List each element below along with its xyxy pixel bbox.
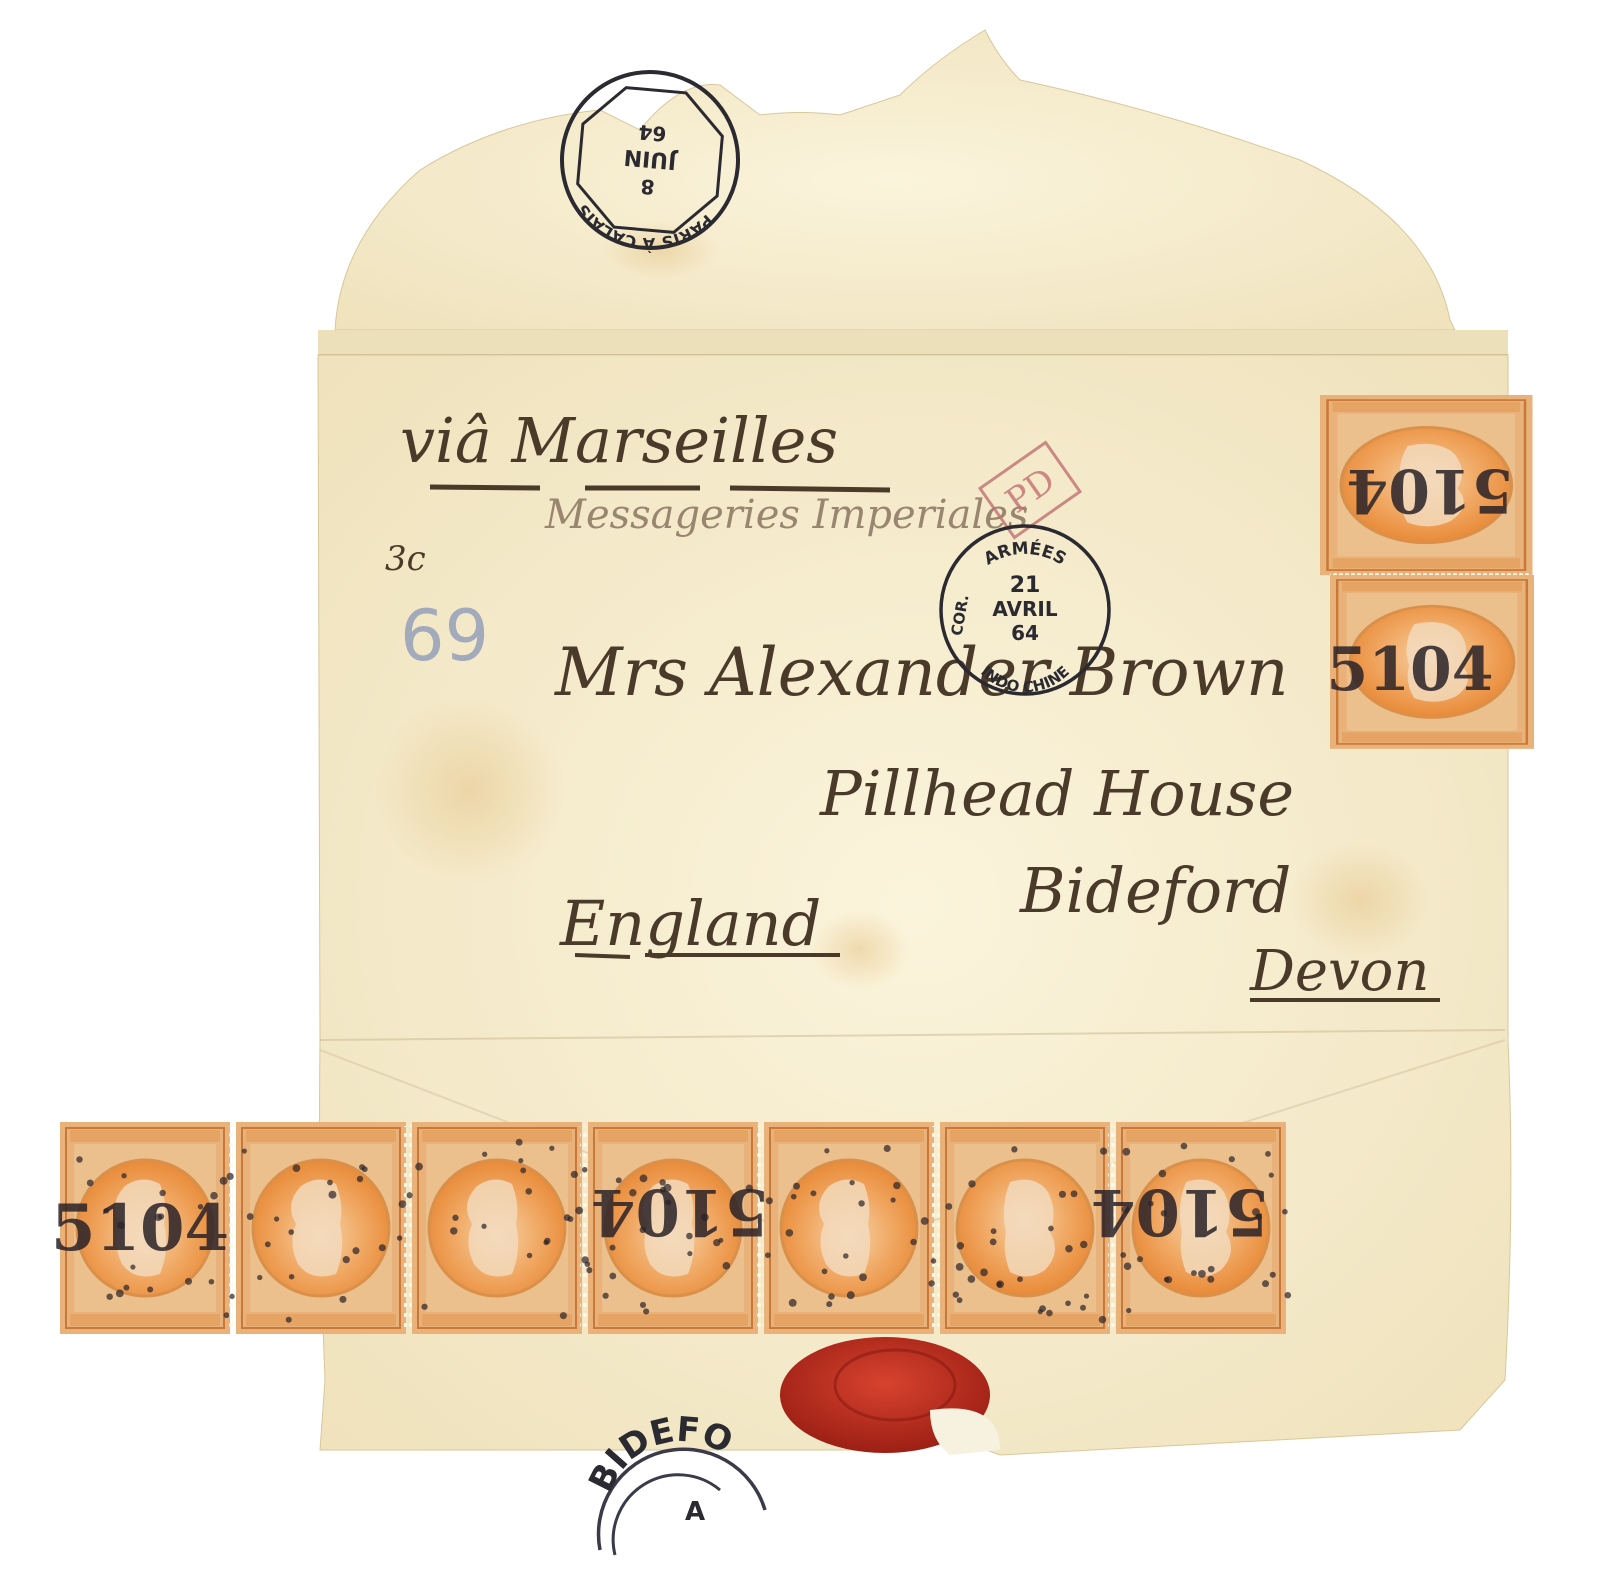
svg-text:AVRIL: AVRIL bbox=[992, 597, 1057, 621]
addressee-name: Mrs Alexander Brown bbox=[554, 634, 1289, 711]
cancel-numeral: 5104 bbox=[591, 1174, 769, 1249]
envelope-flap bbox=[335, 30, 1455, 330]
svg-text:5104: 5104 bbox=[1327, 635, 1494, 705]
foxing-stain bbox=[375, 695, 565, 885]
cancel-numeral: 5104 bbox=[1091, 1174, 1269, 1249]
fold-line bbox=[318, 330, 1508, 355]
cancel-numeral: 5104 bbox=[51, 1191, 229, 1266]
stamp-pair-right: 5104 5104 bbox=[1320, 395, 1534, 749]
svg-text:JUIN: JUIN bbox=[623, 144, 680, 174]
addressee-town: Bideford bbox=[1019, 854, 1291, 927]
addressee-house: Pillhead House bbox=[819, 757, 1294, 830]
route-note: viâ Marseilles bbox=[400, 404, 838, 477]
svg-text:21: 21 bbox=[1010, 573, 1041, 598]
svg-text:8: 8 bbox=[640, 174, 656, 199]
postal-cover-scene: 8 JUIN 64 PARIS À CALAIS viâ Marseilles … bbox=[0, 0, 1600, 1595]
svg-text:64: 64 bbox=[1011, 621, 1039, 645]
svg-text:A: A bbox=[685, 1497, 705, 1527]
messageries-note: Messageries Imperiales bbox=[544, 492, 1028, 538]
stamp bbox=[236, 1122, 406, 1334]
pencil-mark: 69 bbox=[400, 595, 489, 677]
stamp-strip-bottom: 510451045104 bbox=[51, 1122, 1291, 1334]
stamp bbox=[412, 1122, 582, 1334]
svg-text:64: 64 bbox=[637, 120, 667, 146]
addressee-country: England bbox=[559, 887, 821, 960]
rate-mark: 3c bbox=[385, 539, 426, 579]
addressee-county: Devon bbox=[1249, 939, 1429, 1004]
stamp bbox=[940, 1122, 1110, 1334]
svg-text:5104: 5104 bbox=[1347, 455, 1514, 525]
